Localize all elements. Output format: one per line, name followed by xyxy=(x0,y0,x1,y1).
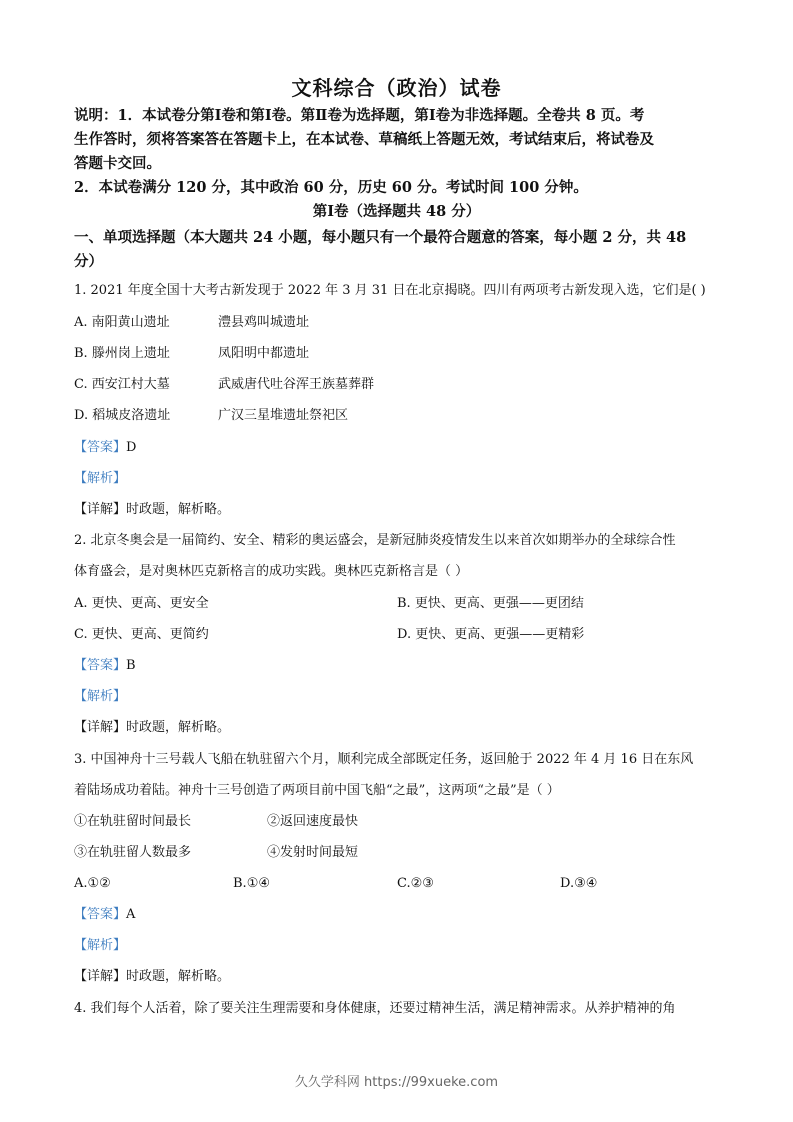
q1-option-d-second: 广汉三星堆遗址祭祀区 xyxy=(218,407,348,425)
option-text: 更快、更高、更安全 xyxy=(92,596,209,611)
instruction-line-2: 生作答时，须将答案答在答题卡上，在本试卷、草稿纸上答题无效，考试结束后，将试卷及 xyxy=(74,129,724,151)
section-title: 第Ⅰ卷（选择题共 48 分） xyxy=(0,201,793,223)
q1-option-c: C. 西安江村大墓 xyxy=(74,376,170,394)
option-text-1: 稻城皮洛遗址 xyxy=(92,408,170,423)
q2-option-a: A. 更快、更高、更安全 xyxy=(74,595,209,613)
answer-value: D xyxy=(126,440,136,455)
option-text-1: 西安江村大墓 xyxy=(92,377,170,392)
option-text: ②③ xyxy=(411,876,434,891)
option-letter: A. xyxy=(74,596,88,611)
detail-label: 【详解】 xyxy=(74,502,126,517)
q3-answer: 【答案】A xyxy=(74,906,135,924)
question-4-stem-line-1: 4. 我们每个人活着，除了要关注生理需要和身体健康，还要过精神生活，满足精神需求… xyxy=(74,1000,676,1018)
option-letter: A. xyxy=(74,876,88,891)
option-letter: C. xyxy=(397,876,411,891)
q3-option-d: D.③④ xyxy=(560,875,597,893)
part-heading-line-2: 分） xyxy=(74,251,724,273)
question-3-stem-line-2: 着陆场成功着陆。神舟十三号创造了两项目前中国飞船“之最”，这两项“之最”是（ ） xyxy=(74,782,560,800)
option-letter: C. xyxy=(74,627,88,642)
q1-option-a: A. 南阳黄山遗址 xyxy=(74,314,170,332)
q3-option-a: A.①② xyxy=(74,875,111,893)
q3-analysis-label: 【解析】 xyxy=(74,937,126,955)
q2-option-b: B. 更快、更高、更强——更团结 xyxy=(397,595,584,613)
q3-option-b: B.①④ xyxy=(233,875,270,893)
q2-analysis-label: 【解析】 xyxy=(74,688,126,706)
q1-answer: 【答案】D xyxy=(74,439,136,457)
question-3-stem-line-1: 3. 中国神舟十三号载人飞船在轨驻留六个月，顺利完成全部既定任务，返回舱于 20… xyxy=(74,751,693,769)
part-heading-line-1: 一、单项选择题（本大题共 24 小题，每小题只有一个最符合题意的答案，每小题 2… xyxy=(74,227,724,249)
answer-label: 【答案】 xyxy=(74,440,126,455)
q3-item-3: ③在轨驻留人数最多 xyxy=(74,844,191,862)
question-1-stem: 1. 2021 年度全国十大考古新发现于 2022 年 3 月 31 日在北京揭… xyxy=(74,282,706,300)
option-letter: B. xyxy=(74,346,88,361)
instruction-line-4: 2．本试卷满分 120 分，其中政治 60 分，历史 60 分。考试时间 100… xyxy=(74,177,724,199)
q1-detail: 【详解】时政题，解析略。 xyxy=(74,501,230,519)
option-text: ①④ xyxy=(247,876,270,891)
option-letter: C. xyxy=(74,377,88,392)
answer-label: 【答案】 xyxy=(74,907,126,922)
option-text: 更快、更高、更强——更精彩 xyxy=(415,627,584,642)
option-letter: B. xyxy=(233,876,247,891)
detail-label: 【详解】 xyxy=(74,969,126,984)
option-letter: D. xyxy=(560,876,574,891)
q1-option-b-second: 凤阳明中都遗址 xyxy=(218,345,309,363)
answer-value: A xyxy=(126,907,135,922)
detail-text: 时政题，解析略。 xyxy=(126,502,230,517)
exam-page: 文科综合（政治）试卷 说明：1．本试卷分第Ⅰ卷和第Ⅰ卷。第Ⅱ卷为选择题，第Ⅰ卷为… xyxy=(0,0,793,1122)
q3-detail: 【详解】时政题，解析略。 xyxy=(74,968,230,986)
option-text: ①② xyxy=(88,876,111,891)
q1-option-d: D. 稻城皮洛遗址 xyxy=(74,407,170,425)
instruction-line-1: 说明：1．本试卷分第Ⅰ卷和第Ⅰ卷。第Ⅱ卷为选择题，第Ⅰ卷为非选择题。全卷共 8 … xyxy=(74,105,724,127)
option-text: ③④ xyxy=(574,876,597,891)
page-title: 文科综合（政治）试卷 xyxy=(0,72,793,101)
question-2-stem-line-1: 2. 北京冬奥会是一届简约、安全、精彩的奥运盛会，是新冠肺炎疫情发生以来首次如期… xyxy=(74,532,676,550)
q3-item-4: ④发射时间最短 xyxy=(267,844,358,862)
answer-value: B xyxy=(126,658,136,673)
answer-label: 【答案】 xyxy=(74,658,126,673)
q3-option-c: C.②③ xyxy=(397,875,434,893)
q2-answer: 【答案】B xyxy=(74,657,136,675)
detail-text: 时政题，解析略。 xyxy=(126,720,230,735)
option-text: 更快、更高、更强——更团结 xyxy=(415,596,584,611)
option-letter: D. xyxy=(397,627,411,642)
option-text-1: 南阳黄山遗址 xyxy=(92,315,170,330)
q2-option-c: C. 更快、更高、更简约 xyxy=(74,626,209,644)
question-2-stem-line-2: 体育盛会，是对奥林匹克新格言的成功实践。奥林匹克新格言是（ ） xyxy=(74,563,468,581)
option-text-1: 滕州岗上遗址 xyxy=(92,346,170,361)
option-letter: B. xyxy=(397,596,411,611)
option-letter: D. xyxy=(74,408,88,423)
q2-detail: 【详解】时政题，解析略。 xyxy=(74,719,230,737)
q3-item-2: ②返回速度最快 xyxy=(267,813,358,831)
footer-watermark: 久久学科网 https://99xueke.com xyxy=(0,1071,793,1090)
q3-item-1: ①在轨驻留时间最长 xyxy=(74,813,191,831)
q1-option-c-second: 武威唐代吐谷浑王族墓葬群 xyxy=(218,376,374,394)
q1-option-b: B. 滕州岗上遗址 xyxy=(74,345,170,363)
instruction-line-3: 答题卡交回。 xyxy=(74,153,724,175)
option-letter: A. xyxy=(74,315,88,330)
q1-analysis-label: 【解析】 xyxy=(74,470,126,488)
q1-option-a-second: 澧县鸡叫城遗址 xyxy=(218,314,309,332)
detail-text: 时政题，解析略。 xyxy=(126,969,230,984)
detail-label: 【详解】 xyxy=(74,720,126,735)
q2-option-d: D. 更快、更高、更强——更精彩 xyxy=(397,626,584,644)
option-text: 更快、更高、更简约 xyxy=(92,627,209,642)
